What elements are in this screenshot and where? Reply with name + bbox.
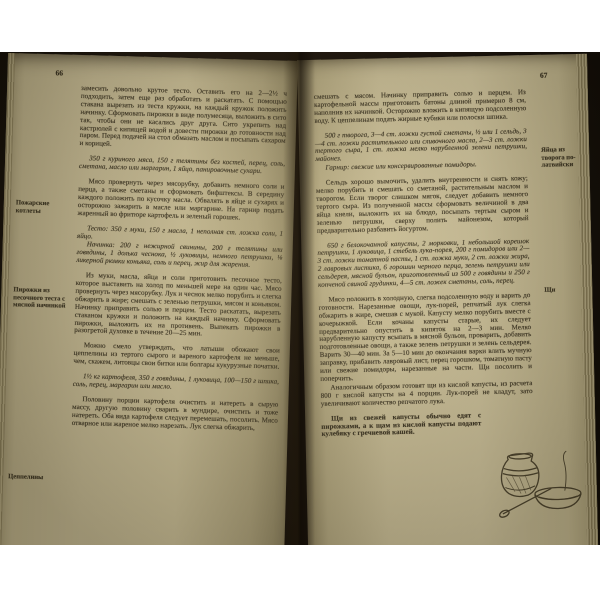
method-tseppeliny: Половину порции картофеля очистить и нат… bbox=[72, 396, 279, 433]
ingredients-tseppeliny: 1½ кг картофеля, 350 г говядины, 1 луков… bbox=[73, 373, 279, 395]
book-photo-screenshot: 66 Пожарские котлеты Пирожки из песочног… bbox=[0, 0, 600, 600]
ingredients-pozharskie: 350 г куриного мяса, 150 г телятины без … bbox=[79, 155, 285, 177]
left-page-text-column: замесить довольно крутое тесто. Оставить… bbox=[71, 85, 287, 440]
ingredients-filling: Начинка: 200 г нежирной свинины, 200 г т… bbox=[76, 241, 283, 270]
method-curd-eggs: Сельдь хорошо вымочить, удалить внутренн… bbox=[316, 175, 529, 235]
method-pozharskie: Мясо провернуть через мясорубку, добавит… bbox=[77, 178, 284, 223]
ingredients-curd-eggs: 500 г творога, 3—4 ст. ложки густой смет… bbox=[315, 128, 528, 164]
book-page-right: 67 Яйца из творога по-латвийски Щи смеша… bbox=[297, 54, 599, 545]
serving-note: Щи из свежей капусты обычно едят с пирож… bbox=[321, 412, 481, 439]
paragraph-latvians-intro: Можно смело утверждать, что латыши обожа… bbox=[73, 342, 280, 371]
method-shchi: Мясо положить в холодную, слегка подсоле… bbox=[318, 292, 532, 384]
jug-and-bowl-illustration-icon bbox=[494, 446, 588, 528]
white-margin-top bbox=[0, 0, 600, 52]
ingredients-shchi: 650 г белокочанной капусты, 2 морковки, … bbox=[317, 238, 530, 290]
page-number-right: 67 bbox=[540, 71, 548, 80]
margin-note-pozharskie: Пожарские котлеты bbox=[16, 199, 72, 216]
margin-note-tseppeliny: Цеппелины bbox=[8, 473, 64, 482]
margin-note-curd-eggs: Яйца из творога по-латвийски bbox=[541, 146, 586, 170]
book-photo: 66 Пожарские котлеты Пирожки из песочног… bbox=[0, 52, 600, 545]
paragraph-continuation: смешать с мясом. Начинку приправить соль… bbox=[314, 89, 527, 125]
page-number-left: 66 bbox=[55, 68, 63, 77]
method-pirozhki: Из муки, масла, яйца и соли приготовить … bbox=[74, 272, 282, 341]
right-page-text-column: смешать с мясом. Начинку приправить соль… bbox=[314, 89, 534, 446]
method-shchi-variant: Аналогичным образом готовят щи из кислой… bbox=[320, 380, 532, 409]
margin-note-pirozhki: Пирожки из песочного теста с мясной начи… bbox=[13, 286, 70, 310]
paragraph-continuation: замесить довольно крутое тесто. Оставить… bbox=[79, 85, 287, 154]
book-page-left: 66 Пожарские котлеты Пирожки из песочног… bbox=[0, 53, 298, 545]
white-margin-bottom bbox=[0, 545, 600, 600]
margin-note-shchi: Щи bbox=[544, 286, 588, 295]
